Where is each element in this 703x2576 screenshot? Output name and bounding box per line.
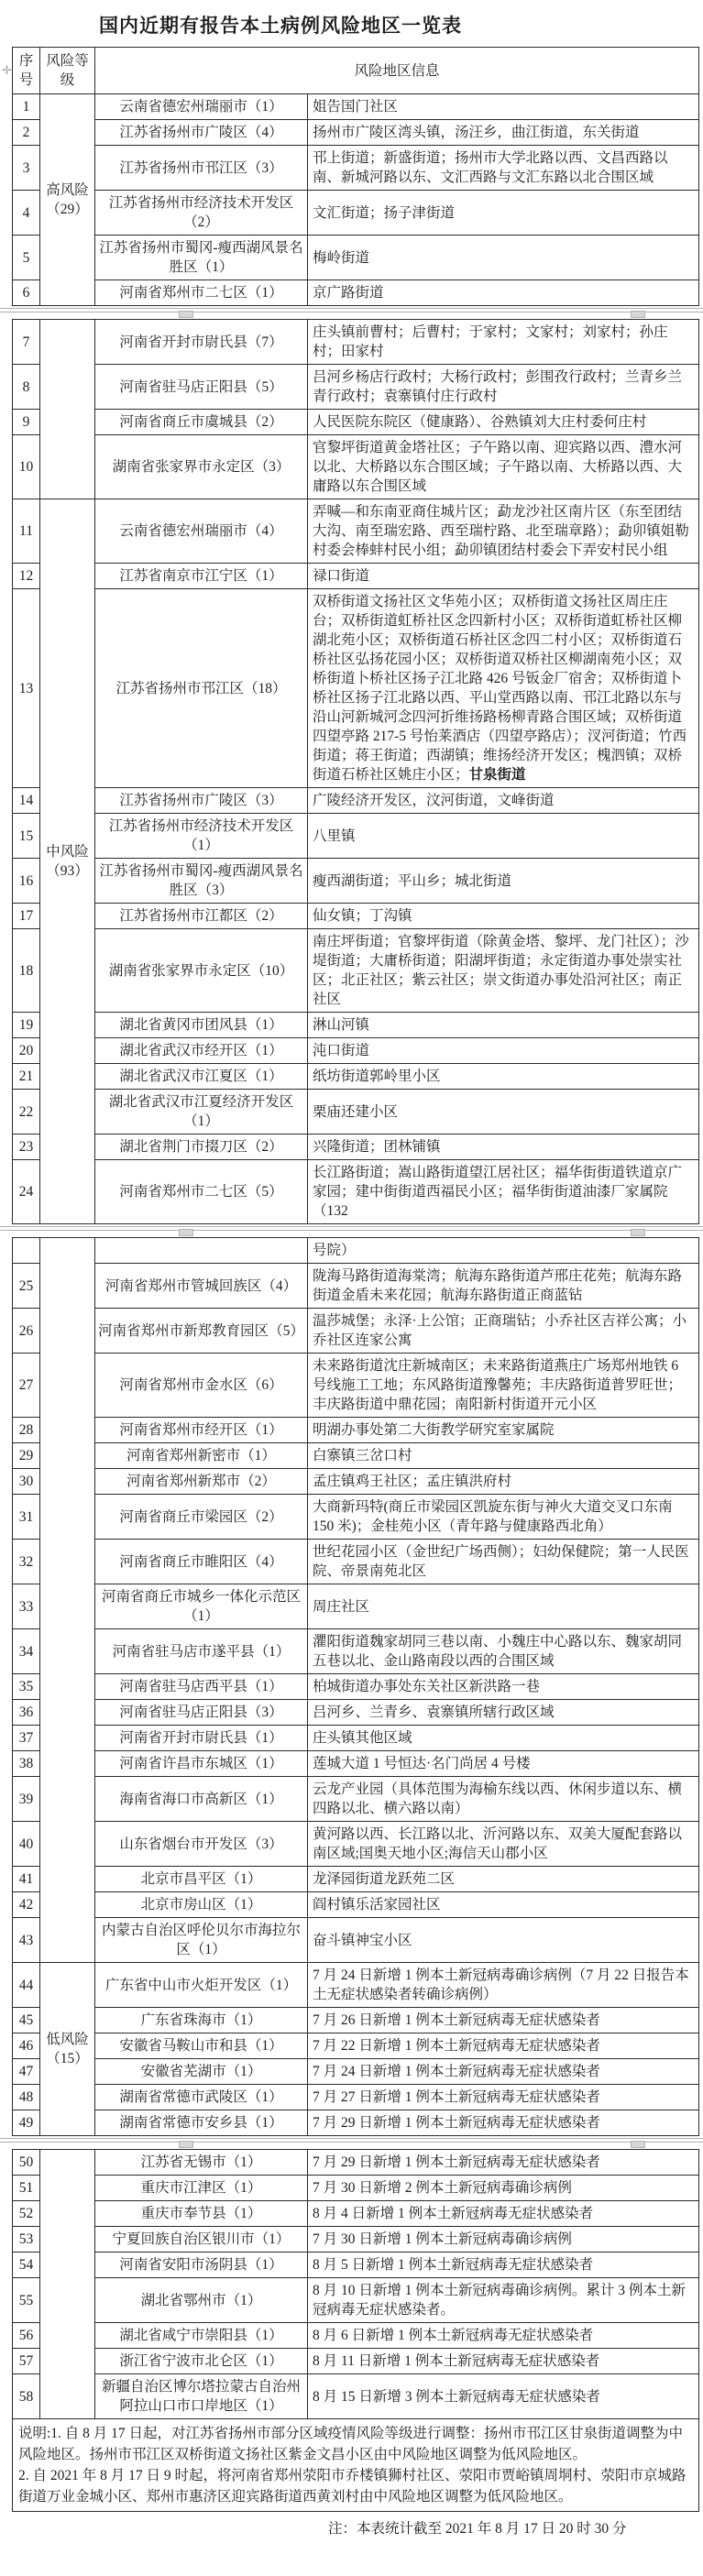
area-info-cell: 仙女镇；丁沟镇	[308, 904, 699, 929]
area-info-cell: 邗上街道；新盛街道；扬州市大学北路以西、文昌西路以南、新城河路以东、文汇西路与文…	[308, 146, 699, 191]
area-info-cell: 温莎城堡；永泽·上公馆；正商瑞钻；小乔社区吉祥公寓；小乔社区连家公寓	[308, 1309, 699, 1354]
row-number-cell: 15	[13, 814, 40, 859]
risk-level-cell: 中风险（93）	[40, 499, 95, 1224]
table-row: 42北京市房山区（1）阎村镇乐活家园社区	[13, 1892, 699, 1918]
area-name-cell: 重庆市江津区（1）	[95, 2176, 308, 2201]
table-row: 18湖南省张家界市永定区（10）南庄坪街道；官黎坪街道（除黄金塔、黎坪、龙门社区…	[13, 929, 699, 1013]
area-name-cell: 重庆市奉节县（1）	[95, 2201, 308, 2227]
table-row: 24河南省郑州市二七区（5）长江路街道；嵩山路街道望江居社区；福华街街道铁道京广…	[13, 1160, 699, 1224]
area-info-cell: 7 月 22 日新增 1 例本土新冠病毒无症状感染者	[308, 2033, 699, 2059]
area-info-cell: 7 月 29 日新增 1 例本土新冠病毒无症状感染者	[308, 2150, 699, 2176]
table-row: 46安徽省马鞍山市和县（1）7 月 22 日新增 1 例本土新冠病毒无症状感染者	[13, 2033, 699, 2059]
area-info-cell: 八里镇	[308, 814, 699, 859]
row-number-cell: 3	[13, 146, 40, 191]
area-name-cell: 广东省中山市火炬开发区（1）	[95, 1963, 308, 2008]
area-name-cell: 河南省商丘市梁园区（2）	[95, 1495, 308, 1540]
table-row: 50江苏省无锡市（1）7 月 29 日新增 1 例本土新冠病毒无症状感染者	[13, 2150, 699, 2176]
table-row: 32河南省商丘市睢阳区（4）世纪花园小区（金世纪广场西侧）；妇幼保健院；第一人民…	[13, 1540, 699, 1584]
table-row: 13江苏省扬州市邗江区（18）双桥街道文扬社区文华苑小区；双桥街道文扬社区周庄庄…	[13, 589, 699, 788]
table-header-row: 序号 风险等级 风险地区信息	[13, 48, 699, 94]
area-name-cell: 江苏省扬州市广陵区（4）	[95, 120, 308, 146]
area-info-cell: 7 月 24 日新增 1 例本土新冠病毒无症状感染者	[308, 2059, 699, 2085]
row-number-cell: 42	[13, 1892, 40, 1918]
risk-table-page-4: 50江苏省无锡市（1）7 月 29 日新增 1 例本土新冠病毒无症状感染者51重…	[12, 2149, 699, 2512]
row-number-cell: 41	[13, 1867, 40, 1892]
risk-level-cell: 高风险（29）	[40, 94, 95, 306]
area-info-cell: 官黎坪街道黄金塔社区；子午路以南、迎宾路以西、澧水河以北、大桥路以东合围区域；子…	[308, 435, 699, 499]
table-row: 2江苏省扬州市广陵区（4）扬州市广陵区湾头镇，汤汪乡，曲江街道，东关街道	[13, 120, 699, 146]
risk-level-cell: 低风险（15）	[40, 1963, 95, 2136]
area-name-cell: 河南省驻马店西平县（1）	[95, 1674, 308, 1700]
row-number-cell: 39	[13, 1777, 40, 1822]
area-info-cell: 灈阳街道魏家胡同三巷以南、小魏庄中心路以东、魏家胡同五巷以北、金山路南段以西的合…	[308, 1629, 699, 1674]
table-row: 25河南省郑州市管城回族区（4）陇海马路街道海棠湾；航海东路街道芦邢庄花苑；航海…	[13, 1264, 699, 1309]
row-number-cell: 52	[13, 2201, 40, 2227]
area-name-cell: 云南省德宏州瑞丽市（1）	[95, 94, 308, 120]
area-info-cell: 陇海马路街道海棠湾；航海东路街道芦邢庄花苑；航海东路街道金盾未来花园；航海东路街…	[308, 1264, 699, 1309]
area-name-cell: 新疆自治区博尔塔拉蒙古自治州阿拉山口市口岸地区（1）	[95, 2374, 308, 2419]
area-info-cell: 姐告国门社区	[308, 94, 699, 120]
area-name-cell: 河南省郑州新密市（1）	[95, 1443, 308, 1469]
table-row: 34河南省驻马店市遂平县（1）灈阳街道魏家胡同三巷以南、小魏庄中心路以东、魏家胡…	[13, 1629, 699, 1674]
row-number-cell: 4	[13, 191, 40, 236]
table-row: 号院）	[13, 1238, 699, 1264]
row-number-cell: 48	[13, 2085, 40, 2110]
row-number-cell: 28	[13, 1418, 40, 1443]
area-info-cell: 7 月 27 日新增 1 例本土新冠病毒无症状感染者	[308, 2085, 699, 2110]
row-number-cell: 13	[13, 589, 40, 788]
area-name-cell: 江苏省无锡市（1）	[95, 2150, 308, 2176]
row-number-cell: 24	[13, 1160, 40, 1224]
area-info-cell: 梅岭街道	[308, 236, 699, 280]
table-row: 21湖北省武汉市江夏区（1）纸坊街道郭岭里小区	[13, 1064, 699, 1090]
area-info-cell: 双桥街道文扬社区文华苑小区；双桥街道文扬社区周庄庄台；双桥街道虹桥社区念四新村小…	[308, 589, 699, 788]
area-name-cell: 河南省郑州市金水区（6）	[95, 1354, 308, 1418]
area-info-cell: 弄喊—和东南亚商住城片区；勐龙沙社区南片区（东至团结大沟、南至瑞宏路、西至瑞柠路…	[308, 499, 699, 564]
table-row: 57浙江省宁波市北仑区（1）8 月 11 日新增 1 例本土新冠病毒无症状感染者	[13, 2349, 699, 2374]
table-row: 33河南省商丘市城乡一体化示范区（1）周庄社区	[13, 1584, 699, 1629]
risk-level-cell	[40, 1238, 95, 1963]
area-info-cell: 未来路街道沈庄新城南区；未来路街道燕庄广场郑州地铁 6 号线施工工地；东风路街道…	[308, 1354, 699, 1418]
row-number-cell: 10	[13, 435, 40, 499]
area-name-cell: 广东省珠海市（1）	[95, 2008, 308, 2033]
table-row: 30河南省郑州新郑市（2）孟庄镇鸡王社区；孟庄镇洪府村	[13, 1469, 699, 1495]
row-number-cell: 20	[13, 1038, 40, 1064]
table-row: 55湖北省鄂州市（1）8 月 10 日新增 1 例本土新冠病毒确诊病例。累计 3…	[13, 2278, 699, 2323]
area-name-cell: 江苏省扬州市江都区（2）	[95, 904, 308, 929]
table-row: 12江苏省南京市江宁区（1）禄口街道	[13, 564, 699, 589]
table-row: 22湖北省武汉市江夏经济开发区（1）栗庙还建小区	[13, 1090, 699, 1135]
row-number-cell: 38	[13, 1751, 40, 1777]
table-row: 48湖南省常德市武陵区（1）7 月 27 日新增 1 例本土新冠病毒无症状感染者	[13, 2085, 699, 2110]
risk-table-page-2: 7河南省开封市尉氏县（7）庄头镇前曹村；后曹村；于家村；文家村；刘家村；孙庄村；…	[12, 319, 699, 1224]
row-number-cell: 53	[13, 2227, 40, 2253]
area-name-cell: 湖北省鄂州市（1）	[95, 2278, 308, 2323]
row-number-cell: 45	[13, 2008, 40, 2033]
row-number-cell: 22	[13, 1090, 40, 1135]
risk-level-cell	[40, 320, 95, 499]
area-name-cell: 湖北省荆门市掇刀区（2）	[95, 1135, 308, 1160]
area-name-cell: 海南省海口市高新区（1）	[95, 1777, 308, 1822]
row-number-cell: 12	[13, 564, 40, 589]
row-number-cell: 18	[13, 929, 40, 1013]
area-info-cell: 纸坊街道郭岭里小区	[308, 1064, 699, 1090]
row-number-cell: 31	[13, 1495, 40, 1540]
row-number-cell: 40	[13, 1822, 40, 1867]
area-info-cell: 白寨镇三岔口村	[308, 1443, 699, 1469]
area-name-cell: 河南省郑州市二七区（5）	[95, 1160, 308, 1224]
row-number-cell: 9	[13, 410, 40, 435]
table-row: 4江苏省扬州市经济技术开发区（2）文汇街道；扬子津街道	[13, 191, 699, 236]
page-break-tick	[631, 2141, 645, 2148]
row-number-cell: 11	[13, 499, 40, 564]
table-row: 53宁夏回族自治区银川市（1）7 月 30 日新增 1 例本土新冠病毒确诊病例	[13, 2227, 699, 2253]
table-row: 31河南省商丘市梁园区（2）大商新玛特(商丘市梁园区凯旋东街与神火大道交叉口东南…	[13, 1495, 699, 1540]
row-number-cell: 54	[13, 2253, 40, 2278]
area-info-cell: 禄口街道	[308, 564, 699, 589]
risk-table-page-3: 号院）25河南省郑州市管城回族区（4）陇海马路街道海棠湾；航海东路街道芦邢庄花苑…	[12, 1237, 699, 2136]
area-name-cell: 湖南省常德市武陵区（1）	[95, 2085, 308, 2110]
row-number-cell: 43	[13, 1918, 40, 1963]
area-name-cell: 河南省开封市尉氏县（1）	[95, 1726, 308, 1751]
row-number-cell: 55	[13, 2278, 40, 2323]
area-name-cell: 湖南省常德市安乡县（1）	[95, 2110, 308, 2136]
area-info-cell: 庄头镇其他区域	[308, 1726, 699, 1751]
area-name-cell: 北京市昌平区（1）	[95, 1867, 308, 1892]
area-name-cell: 江苏省扬州市蜀冈-瘦西湖风景名胜区（1）	[95, 236, 308, 280]
table-row: 43内蒙古自治区呼伦贝尔市海拉尔区（1）奋斗镇神宝小区	[13, 1918, 699, 1963]
area-name-cell: 湖南省张家界市永定区（10）	[95, 929, 308, 1013]
row-number-cell: 33	[13, 1584, 40, 1629]
document-page: ✛ 国内近期有报告本土病例风险地区一览表 序号 风险等级 风险地区信息 1高风险…	[0, 0, 703, 2539]
area-info-cell: 莲城大道 1 号恒达·名门尚居 4 号楼	[308, 1751, 699, 1777]
row-number-cell: 2	[13, 120, 40, 146]
area-name-cell: 湖北省武汉市江夏经济开发区（1）	[95, 1090, 308, 1135]
page-break-divider	[0, 2138, 703, 2143]
row-number-cell: 49	[13, 2110, 40, 2136]
row-number-cell	[13, 1238, 40, 1264]
area-name-cell: 河南省郑州新郑市（2）	[95, 1469, 308, 1495]
row-number-cell: 25	[13, 1264, 40, 1309]
area-name-cell: 安徽省马鞍山市和县（1）	[95, 2033, 308, 2059]
area-name-cell: 河南省商丘市城乡一体化示范区（1）	[95, 1584, 308, 1629]
area-info-cell: 8 月 5 日新增 1 例本土新冠病毒无症状感染者	[308, 2253, 699, 2278]
area-name-cell: 河南省驻马店正阳县（3）	[95, 1700, 308, 1726]
area-info-cell: 7 月 29 日新增 1 例本土新冠病毒无症状感染者	[308, 2110, 699, 2136]
row-number-cell: 37	[13, 1726, 40, 1751]
table-row: 10湖南省张家界市永定区（3）官黎坪街道黄金塔社区；子午路以南、迎宾路以西、澧水…	[13, 435, 699, 499]
area-name-cell: 河南省商丘市虞城县（2）	[95, 410, 308, 435]
row-number-cell: 46	[13, 2033, 40, 2059]
row-number-cell: 34	[13, 1629, 40, 1674]
area-info-cell: 扬州市广陵区湾头镇，汤汪乡，曲江街道，东关街道	[308, 120, 699, 146]
area-info-cell: 明湖办事处第二大街教学研究室家属院	[308, 1418, 699, 1443]
row-number-cell: 58	[13, 2374, 40, 2419]
table-row: 16江苏省扬州市蜀冈-瘦西湖风景名胜区（3）瘦西湖街道；平山乡；城北街道	[13, 859, 699, 904]
area-info-cell: 7 月 24 日新增 1 例本土新冠病毒确诊病例（7 月 22 日报告本土无症状…	[308, 1963, 699, 2008]
area-name-cell: 江苏省扬州市邗江区（18）	[95, 589, 308, 788]
page-break-divider	[0, 1226, 703, 1231]
area-info-cell: 7 月 30 日新增 1 例本土新冠病毒确诊病例	[308, 2227, 699, 2253]
table-move-handle-icon[interactable]: ✛	[2, 64, 12, 76]
page-break-divider	[0, 308, 703, 312]
table-notes: 说明:1. 自 8 月 17 日起，对江苏省扬州市部分区域疫情风险等级进行调整：…	[13, 2419, 699, 2512]
area-info-cell: 云龙产业园（具体范围为海榆东线以西、休闲步道以东、横四路以北、横六路以南）	[308, 1777, 699, 1822]
table-row: 40山东省烟台市开发区（3）黄河路以西、长江路以北、沂河路以东、双美大厦配套路以…	[13, 1822, 699, 1867]
table-row: 51重庆市江津区（1）7 月 30 日新增 2 例本土新冠病毒确诊病例	[13, 2176, 699, 2201]
table-row: 5江苏省扬州市蜀冈-瘦西湖风景名胜区（1）梅岭街道	[13, 236, 699, 280]
table-row: 17江苏省扬州市江都区（2）仙女镇；丁沟镇	[13, 904, 699, 929]
area-name-cell: 河南省驻马店市遂平县（1）	[95, 1629, 308, 1674]
page-break-tick	[631, 311, 645, 318]
row-number-cell: 57	[13, 2349, 40, 2374]
area-name-cell: 河南省郑州市管城回族区（4）	[95, 1264, 308, 1309]
area-name-cell: 江苏省扬州市蜀冈-瘦西湖风景名胜区（3）	[95, 859, 308, 904]
area-name-cell: 北京市房山区（1）	[95, 1892, 308, 1918]
area-info-cell: 文汇街道；扬子津街道	[308, 191, 699, 236]
row-number-cell: 44	[13, 1963, 40, 2008]
header-risk-level: 风险等级	[40, 48, 95, 94]
area-info-cell: 奋斗镇神宝小区	[308, 1918, 699, 1963]
area-name-cell: 湖北省黄冈市团风县（1）	[95, 1013, 308, 1038]
area-info-cell: 长江路街道；嵩山路街道望江居社区；福华街街道铁道京广家园；建中街街道西福民小区；…	[308, 1160, 699, 1224]
area-name-cell: 山东省烟台市开发区（3）	[95, 1822, 308, 1867]
row-number-cell: 32	[13, 1540, 40, 1584]
area-info-cell: 周庄社区	[308, 1584, 699, 1629]
area-name-cell: 河南省郑州市新郑教育园区（5）	[95, 1309, 308, 1354]
row-number-cell: 21	[13, 1064, 40, 1090]
table-row: 11中风险（93）云南省德宏州瑞丽市（4）弄喊—和东南亚商住城片区；勐龙沙社区南…	[13, 499, 699, 564]
page-break-tick	[631, 1229, 645, 1236]
area-name-cell: 宁夏回族自治区银川市（1）	[95, 2227, 308, 2253]
row-number-cell: 36	[13, 1700, 40, 1726]
row-number-cell: 6	[13, 280, 40, 306]
area-info-cell: 世纪花园小区（金世纪广场西侧）；妇幼保健院；第一人民医院、帝景南苑北区	[308, 1540, 699, 1584]
area-name-cell: 河南省郑州市二七区（1）	[95, 280, 308, 306]
area-name-cell: 河南省驻马店正阳县（5）	[95, 365, 308, 410]
statistics-cutoff-note: 注：本表统计截至 2021 年 8 月 17 日 20 时 30 分	[328, 2519, 703, 2539]
table-row: 27河南省郑州市金水区（6）未来路街道沈庄新城南区；未来路街道燕庄广场郑州地铁 …	[13, 1354, 699, 1418]
area-info-bold-text: 甘泉街道	[469, 767, 526, 783]
area-info-cell: 吕河乡杨店行政村；大杨行政村；彭围孜行政村；兰青乡兰青行政村；袁寨镇付庄行政村	[308, 365, 699, 410]
risk-level-cell	[40, 2150, 95, 2419]
area-name-cell: 河南省开封市尉氏县（7）	[95, 320, 308, 365]
notes-row: 说明:1. 自 8 月 17 日起，对江苏省扬州市部分区域疫情风险等级进行调整：…	[13, 2419, 699, 2512]
area-name-cell	[95, 1238, 308, 1264]
note-line-1: 说明:1. 自 8 月 17 日起，对江苏省扬州市部分区域疫情风险等级进行调整：…	[18, 2423, 693, 2465]
area-name-cell: 江苏省扬州市广陵区（3）	[95, 788, 308, 814]
table-row: 29河南省郑州新密市（1）白寨镇三岔口村	[13, 1443, 699, 1469]
area-name-cell: 江苏省扬州市经济技术开发区（1）	[95, 814, 308, 859]
row-number-cell: 16	[13, 859, 40, 904]
row-number-cell: 56	[13, 2323, 40, 2349]
area-info-cell: 8 月 10 日新增 1 例本土新冠病毒确诊病例。累计 3 例本土新冠病毒无症状…	[308, 2278, 699, 2323]
table-row: 47安徽省芜湖市（1）7 月 24 日新增 1 例本土新冠病毒无症状感染者	[13, 2059, 699, 2085]
area-name-cell: 浙江省宁波市北仑区（1）	[95, 2349, 308, 2374]
area-name-cell: 江苏省扬州市邗江区（3）	[95, 146, 308, 191]
table-row: 14江苏省扬州市广陵区（3）广陵经济开发区，汶河街道，文峰街道	[13, 788, 699, 814]
table-row: 28河南省郑州市经开区（1）明湖办事处第二大街教学研究室家属院	[13, 1418, 699, 1443]
area-name-cell: 湖北省武汉市江夏区（1）	[95, 1064, 308, 1090]
row-number-cell: 14	[13, 788, 40, 814]
table-row: 52重庆市奉节县（1）8 月 4 日新增 1 例本土新冠病毒无症状感染者	[13, 2201, 699, 2227]
area-name-cell: 内蒙古自治区呼伦贝尔市海拉尔区（1）	[95, 1918, 308, 1963]
area-info-cell: 兴隆街道；团林铺镇	[308, 1135, 699, 1160]
row-number-cell: 27	[13, 1354, 40, 1418]
note-line-2: 2. 自 2021 年 8 月 17 日 9 时起，将河南省郑州荥阳市乔楼镇狮村…	[18, 2465, 693, 2507]
table-row: 9河南省商丘市虞城县（2）人民医院东院区（健康路）、谷熟镇刘大庄村委何庄村	[13, 410, 699, 435]
area-info-cell: 吕河乡、兰青乡、袁寨镇所辖行政区域	[308, 1700, 699, 1726]
table-row: 37河南省开封市尉氏县（1）庄头镇其他区域	[13, 1726, 699, 1751]
area-info-cell: 瘦西湖街道；平山乡；城北街道	[308, 859, 699, 904]
area-info-cell: 8 月 6 日新增 1 例本土新冠病毒无症状感染者	[308, 2323, 699, 2349]
area-info-cell: 阎村镇乐活家园社区	[308, 1892, 699, 1918]
header-risk-info: 风险地区信息	[95, 48, 699, 94]
table-row: 38河南省许昌市东城区（1）莲城大道 1 号恒达·名门尚居 4 号楼	[13, 1751, 699, 1777]
row-number-cell: 7	[13, 320, 40, 365]
area-info-cell: 南庄坪街道；官黎坪街道（除黄金塔、黎坪、龙门社区）；沙堤街道；大庸桥街道；阳湖坪…	[308, 929, 699, 1013]
area-info-cell: 号院）	[308, 1238, 699, 1264]
table-row: 58新疆自治区博尔塔拉蒙古自治州阿拉山口市口岸地区（1）8 月 15 日新增 3…	[13, 2374, 699, 2419]
area-name-cell: 江苏省南京市江宁区（1）	[95, 564, 308, 589]
table-row: 39海南省海口市高新区（1）云龙产业园（具体范围为海榆东线以西、休闲步道以东、横…	[13, 1777, 699, 1822]
page-break-tick	[179, 1229, 193, 1236]
row-number-cell: 8	[13, 365, 40, 410]
area-info-cell: 8 月 15 日新增 3 例本土新冠病毒无症状感染者	[308, 2374, 699, 2419]
area-info-cell: 沌口街道	[308, 1038, 699, 1064]
table-row: 44低风险（15）广东省中山市火炬开发区（1）7 月 24 日新增 1 例本土新…	[13, 1963, 699, 2008]
table-row: 35河南省驻马店西平县（1）柏城街道办事处东关社区新洪路一巷	[13, 1674, 699, 1700]
row-number-cell: 50	[13, 2150, 40, 2176]
area-info-cell: 庄头镇前曹村；后曹村；于家村；文家村；刘家村；孙庄村；田家村	[308, 320, 699, 365]
row-number-cell: 23	[13, 1135, 40, 1160]
area-info-cell: 8 月 11 日新增 1 例本土新冠病毒无症状感染者	[308, 2349, 699, 2374]
area-info-cell: 柏城街道办事处东关社区新洪路一巷	[308, 1674, 699, 1700]
area-info-cell: 黄河路以西、长江路以北、沂河路以东、双美大厦配套路以南区域;国奥天地小区;海信天…	[308, 1822, 699, 1867]
table-row: 36河南省驻马店正阳县（3）吕河乡、兰青乡、袁寨镇所辖行政区域	[13, 1700, 699, 1726]
table-row: 15江苏省扬州市经济技术开发区（1）八里镇	[13, 814, 699, 859]
area-info-cell: 栗庙还建小区	[308, 1090, 699, 1135]
row-number-cell: 47	[13, 2059, 40, 2085]
area-name-cell: 河南省许昌市东城区（1）	[95, 1751, 308, 1777]
table-row: 6河南省郑州市二七区（1）京广路街道	[13, 280, 699, 306]
area-info-cell: 7 月 26 日新增 1 例本土新冠病毒无症状感染者	[308, 2008, 699, 2033]
row-number-cell: 29	[13, 1443, 40, 1469]
area-name-cell: 湖南省张家界市永定区（3）	[95, 435, 308, 499]
row-number-cell: 5	[13, 236, 40, 280]
table-row: 19湖北省黄冈市团风县（1）淋山河镇	[13, 1013, 699, 1038]
area-info-cell: 广陵经济开发区，汶河街道，文峰街道	[308, 788, 699, 814]
table-row: 56湖北省咸宁市崇阳县（1）8 月 6 日新增 1 例本土新冠病毒无症状感染者	[13, 2323, 699, 2349]
row-number-cell: 26	[13, 1309, 40, 1354]
area-info-cell: 8 月 4 日新增 1 例本土新冠病毒无症状感染者	[308, 2201, 699, 2227]
page-title: 国内近期有报告本土病例风险地区一览表	[99, 11, 703, 38]
area-name-cell: 湖北省咸宁市崇阳县（1）	[95, 2323, 308, 2349]
area-info-cell: 孟庄镇鸡王社区；孟庄镇洪府村	[308, 1469, 699, 1495]
table-row: 45广东省珠海市（1）7 月 26 日新增 1 例本土新冠病毒无症状感染者	[13, 2008, 699, 2033]
area-name-cell: 湖北省武汉市经开区（1）	[95, 1038, 308, 1064]
row-number-cell: 51	[13, 2176, 40, 2201]
area-info-cell: 淋山河镇	[308, 1013, 699, 1038]
area-info-cell: 龙泽园街道龙跃苑二区	[308, 1867, 699, 1892]
table-row: 41北京市昌平区（1）龙泽园街道龙跃苑二区	[13, 1867, 699, 1892]
area-info-cell: 人民医院东院区（健康路）、谷熟镇刘大庄村委何庄村	[308, 410, 699, 435]
area-info-cell: 大商新玛特(商丘市梁园区凯旋东街与神火大道交叉口东南 150 米)；金桂苑小区（…	[308, 1495, 699, 1540]
page-break-tick	[179, 311, 193, 318]
area-name-cell: 江苏省扬州市经济技术开发区（2）	[95, 191, 308, 236]
area-name-cell: 河南省商丘市睢阳区（4）	[95, 1540, 308, 1584]
table-row: 20湖北省武汉市经开区（1）沌口街道	[13, 1038, 699, 1064]
row-number-cell: 17	[13, 904, 40, 929]
row-number-cell: 35	[13, 1674, 40, 1700]
area-info-cell: 7 月 30 日新增 2 例本土新冠病毒确诊病例	[308, 2176, 699, 2201]
area-name-cell: 河南省安阳市汤阴县（1）	[95, 2253, 308, 2278]
area-name-cell: 河南省郑州市经开区（1）	[95, 1418, 308, 1443]
risk-table-page-1: 序号 风险等级 风险地区信息 1高风险（29）云南省德宏州瑞丽市（1）姐告国门社…	[12, 47, 699, 306]
table-row: 7河南省开封市尉氏县（7）庄头镇前曹村；后曹村；于家村；文家村；刘家村；孙庄村；…	[13, 320, 699, 365]
page-break-tick	[179, 2141, 193, 2148]
area-name-cell: 安徽省芜湖市（1）	[95, 2059, 308, 2085]
table-row: 26河南省郑州市新郑教育园区（5）温莎城堡；永泽·上公馆；正商瑞钻；小乔社区吉祥…	[13, 1309, 699, 1354]
table-row: 1高风险（29）云南省德宏州瑞丽市（1）姐告国门社区	[13, 94, 699, 120]
header-serial: 序号	[13, 48, 40, 94]
table-row: 8河南省驻马店正阳县（5）吕河乡杨店行政村；大杨行政村；彭围孜行政村；兰青乡兰青…	[13, 365, 699, 410]
row-number-cell: 19	[13, 1013, 40, 1038]
area-name-cell: 云南省德宏州瑞丽市（4）	[95, 499, 308, 564]
row-number-cell: 1	[13, 94, 40, 120]
table-row: 3江苏省扬州市邗江区（3）邗上街道；新盛街道；扬州市大学北路以西、文昌西路以南、…	[13, 146, 699, 191]
table-row: 54河南省安阳市汤阴县（1）8 月 5 日新增 1 例本土新冠病毒无症状感染者	[13, 2253, 699, 2278]
table-row: 23湖北省荆门市掇刀区（2）兴隆街道；团林铺镇	[13, 1135, 699, 1160]
area-info-cell: 京广路街道	[308, 280, 699, 306]
table-row: 49湖南省常德市安乡县（1）7 月 29 日新增 1 例本土新冠病毒无症状感染者	[13, 2110, 699, 2136]
row-number-cell: 30	[13, 1469, 40, 1495]
